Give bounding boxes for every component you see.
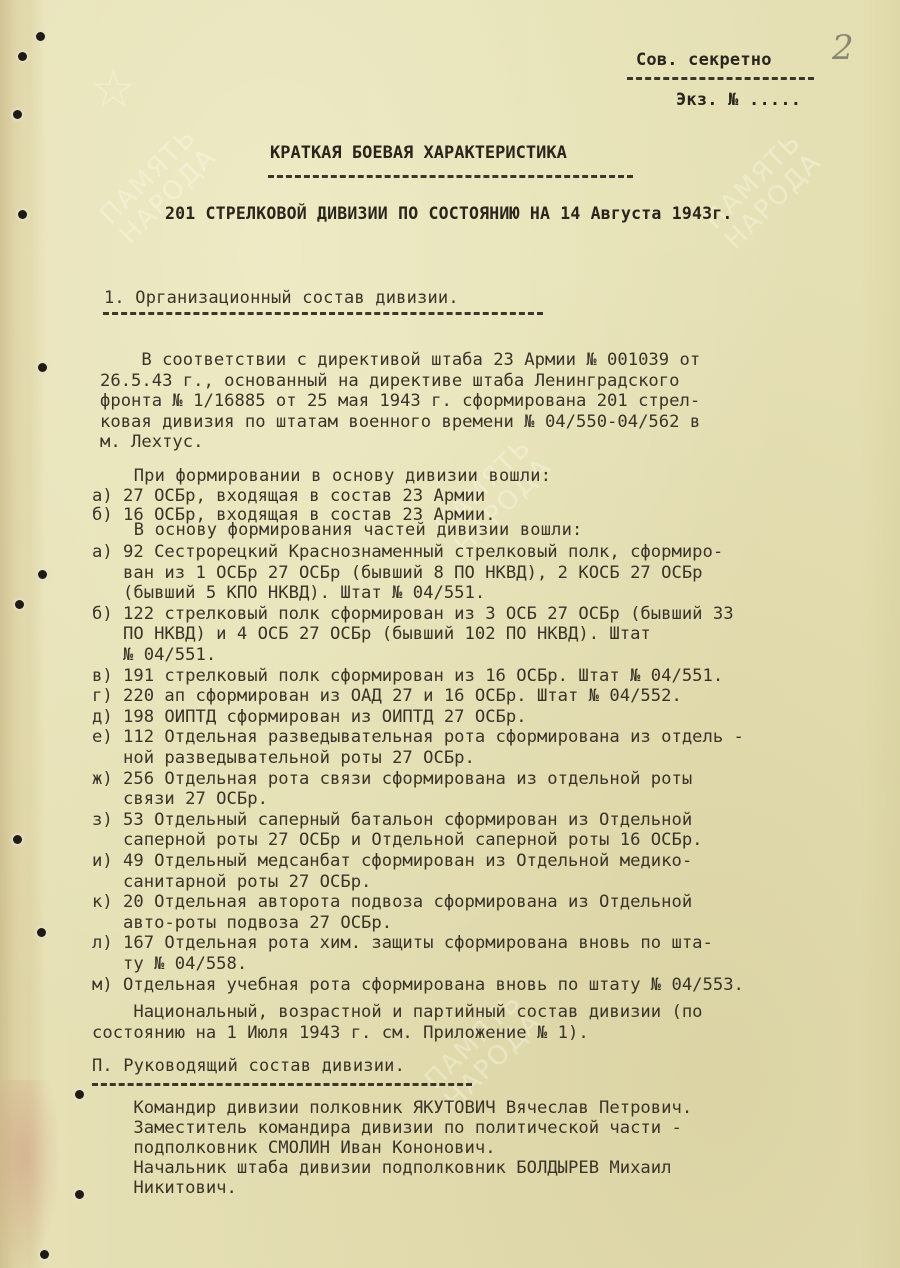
- list-item: № 04/551.: [92, 645, 216, 665]
- list-item: д) 198 ОИПТД сформирован из ОИПТД 27 ОСБ…: [92, 707, 527, 727]
- formation-intro: При формировании в основу дивизии вошли:: [92, 468, 551, 485]
- paragraph-line: 26.5.43 г., основанный на директиве штаб…: [100, 371, 679, 391]
- list-item: ту № 04/558.: [92, 954, 247, 974]
- units-intro: В основу формирования частей дивизии вош…: [92, 522, 582, 539]
- punch-hole: [13, 835, 22, 844]
- list-item: а) 92 Сестрорецкий Краснознаменный стрел…: [92, 542, 723, 562]
- punch-hole: [37, 928, 46, 937]
- list-item: з) 53 Отдельный саперный батальон сформи…: [92, 810, 692, 830]
- leadership-line: подполковник СМОЛИН Иван Кононович.: [92, 1138, 496, 1158]
- paragraph-line: Национальный, возрастной и партийный сос…: [92, 1002, 703, 1022]
- punch-hole: [75, 1190, 84, 1199]
- copy-number: Экз. № .....: [676, 92, 801, 109]
- classification-stamp: Сов. секретно: [636, 52, 772, 69]
- list-item: саперной роты 27 ОСБр и Отдельной саперн…: [92, 830, 703, 850]
- classification-underline: [627, 77, 814, 80]
- list-item: в) 191 стрелковый полк сформирован из 16…: [92, 666, 723, 686]
- leadership-line: Начальник штаба дивизии подполковник БОЛ…: [92, 1158, 671, 1178]
- paragraph-line: фронта № 1/16885 от 25 мая 1943 г. сформ…: [100, 391, 700, 411]
- list-item: связи 27 ОСБр.: [92, 789, 268, 809]
- punch-hole: [38, 363, 47, 372]
- list-item: г) 220 ап сформирован из ОАД 27 и 16 ОСБ…: [92, 686, 682, 706]
- punch-hole: [38, 570, 47, 579]
- document-subtitle: 201 СТРЕЛКОВОЙ ДИВИЗИИ ПО СОСТОЯНИЮ НА 1…: [165, 205, 733, 222]
- section1-heading: 1. Организационный состав дивизии.: [104, 290, 459, 307]
- list-item: л) 167 Отдельная рота хим. защиты сформи…: [92, 933, 713, 953]
- section1-underline: [103, 312, 543, 315]
- document-title: КРАТКАЯ БОЕВАЯ ХАРАКТЕРИСТИКА: [270, 145, 567, 162]
- list-item: ж) 256 Отдельная рота связи сформирована…: [92, 769, 692, 789]
- leadership-line: Никитович.: [92, 1178, 237, 1198]
- list-item: санитарной роты 27 ОСБр.: [92, 872, 371, 892]
- paragraph-line: состоянию на 1 Июля 1943 г. см. Приложен…: [92, 1023, 589, 1043]
- list-item: к) 20 Отдельная авторота подвоза сформир…: [92, 892, 692, 912]
- punch-hole: [15, 600, 24, 609]
- punch-hole: [18, 52, 27, 61]
- page-number: 2: [832, 28, 854, 68]
- list-item: и) 49 Отдельный медсанбат сформирован из…: [92, 851, 692, 871]
- binding-edge: [0, 0, 42, 1268]
- watermark-star-icon: ☆: [90, 60, 137, 120]
- paper-stain: [0, 1080, 60, 1268]
- list-item: ной разведывательной роты 27 ОСБр.: [92, 748, 475, 768]
- leadership-line: Командир дивизии полковник ЯКУТОВИЧ Вяче…: [92, 1098, 692, 1118]
- paragraph-line: ковая дивизия по штатам военного времени…: [100, 412, 700, 432]
- punch-hole: [36, 32, 45, 41]
- list-item: ван из 1 ОСБр 27 ОСБр (бывший 8 ПО НКВД)…: [92, 563, 703, 583]
- section2-underline: [92, 1083, 472, 1086]
- section2-heading: П. Руководящий состав дивизии.: [92, 1058, 405, 1075]
- paragraph-line: м. Лехтус.: [100, 432, 203, 452]
- list-item: м) Отдельная учебная рота сформирована в…: [92, 975, 744, 995]
- punch-hole: [13, 110, 22, 119]
- list-item: а) 27 ОСБр, входящая в состав 23 Армии: [92, 486, 485, 506]
- list-item: б) 122 стрелковый полк сформирован из 3 …: [92, 604, 734, 624]
- title-underline: [268, 175, 633, 178]
- punch-hole: [75, 1090, 84, 1099]
- list-item: ПО НКВД) и 4 ОСБ 27 ОСБр (бывший 102 ПО …: [92, 624, 651, 644]
- list-item: (бывший 5 КПО НКВД). Штат № 04/551.: [92, 583, 485, 603]
- leadership-line: Заместитель командира дивизии по политич…: [92, 1118, 682, 1138]
- punch-hole: [40, 1250, 49, 1259]
- list-item: е) 112 Отдельная разведывательная рота с…: [92, 727, 744, 747]
- list-item: авто-роты подвоза 27 ОСБр.: [92, 913, 392, 933]
- paragraph-line: В соответствии с директивой штаба 23 Арм…: [100, 350, 700, 370]
- punch-hole: [18, 210, 27, 219]
